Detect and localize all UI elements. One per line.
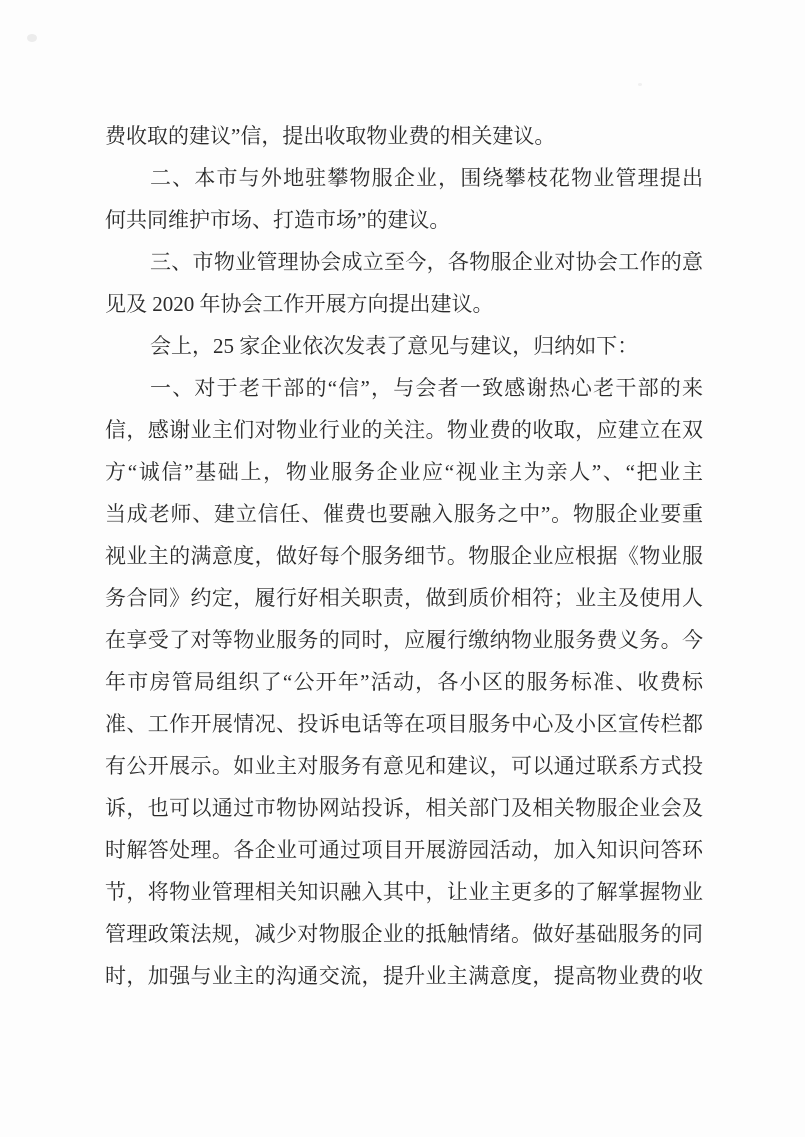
text-line: 会上，25 家企业依次发表了意见与建议，归纳如下： [105,325,703,367]
text-line: 视业主的满意度，做好每个服务细节。物服企业应根据《物业服 [105,535,703,577]
text-line: 当成老师、建立信任、催费也要融入服务之中”。物服企业要重 [105,493,703,535]
text-line: 费收取的建议”信，提出收取物业费的相关建议。 [105,115,703,157]
scan-artifact [638,83,642,86]
text-line: 时解答处理。各企业可通过项目开展游园活动，加入知识问答环 [105,829,703,871]
text-line: 方“诚信”基础上，物业服务企业应“视业主为亲人”、“把业主 [105,451,703,493]
text-line: 时，加强与业主的沟通交流，提升业主满意度，提高物业费的收 [105,955,703,997]
text-line: 有公开展示。如业主对服务有意见和建议，可以通过联系方式投 [105,745,703,787]
text-line: 何共同维护市场、打造市场”的建议。 [105,199,703,241]
text-line: 见及 2020 年协会工作开展方向提出建议。 [105,283,703,325]
document-text-block: 费收取的建议”信，提出收取物业费的相关建议。 二、本市与外地驻攀物服企业，围绕攀… [105,115,703,997]
text-line: 三、市物业管理协会成立至今，各物服企业对协会工作的意 [105,241,703,283]
text-line: 准、工作开展情况、投诉电话等在项目服务中心及小区宣传栏都 [105,703,703,745]
text-line: 诉，也可以通过市物协网站投诉，相关部门及相关物服企业会及 [105,787,703,829]
text-line: 一、对于老干部的“信”，与会者一致感谢热心老干部的来 [105,367,703,409]
text-line: 管理政策法规，减少对物服企业的抵触情绪。做好基础服务的同 [105,913,703,955]
text-line: 二、本市与外地驻攀物服企业，围绕攀枝花物业管理提出“如 [105,157,703,199]
text-line: 年市房管局组织了“公开年”活动，各小区的服务标准、收费标 [105,661,703,703]
scan-artifact [27,34,37,42]
text-line: 在享受了对等物业服务的同时，应履行缴纳物业服务费义务。今 [105,619,703,661]
text-line: 信，感谢业主们对物业行业的关注。物业费的收取，应建立在双 [105,409,703,451]
text-line: 务合同》约定，履行好相关职责，做到质价相符；业主及使用人 [105,577,703,619]
text-line: 节，将物业管理相关知识融入其中，让业主更多的了解掌握物业 [105,871,703,913]
document-page: 费收取的建议”信，提出收取物业费的相关建议。 二、本市与外地驻攀物服企业，围绕攀… [0,0,805,1137]
